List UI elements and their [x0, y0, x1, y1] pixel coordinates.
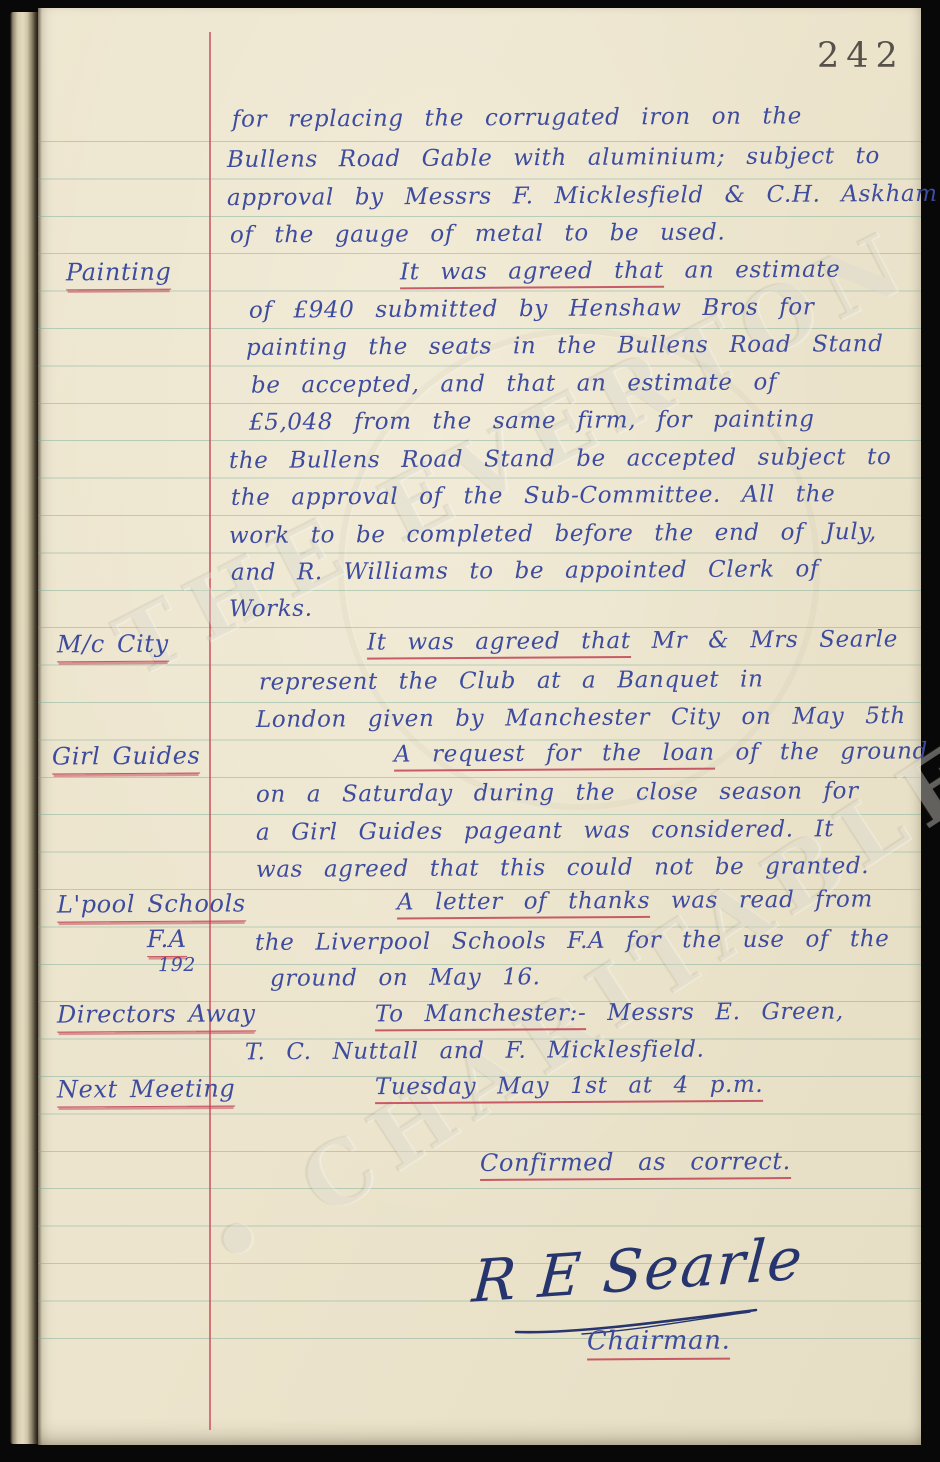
margin-note-192: 192	[158, 954, 196, 976]
margin-note-fa: F.A	[147, 925, 187, 953]
minute-line: It was agreed that an estimate	[400, 257, 841, 286]
minute-line: It was agreed that Mr & Mrs Searle	[367, 626, 898, 655]
minute-line: ground on May 16.	[270, 964, 541, 992]
minute-line: £5,048 from the same firm, for painting	[249, 406, 815, 435]
minute-line: painting the seats in the Bullens Road S…	[246, 331, 884, 361]
minute-line: on a Saturday during the close season fo…	[256, 778, 859, 808]
minute-line: for replacing the corrugated iron on the	[232, 103, 802, 132]
minute-line: London given by Manchester City on May 5…	[256, 703, 906, 733]
minute-line: was agreed that this could not be grante…	[256, 853, 869, 883]
minute-line: Works.	[229, 596, 313, 623]
margin-note-directors-away: Directors Away	[57, 999, 256, 1028]
book-binding-edge	[10, 12, 38, 1444]
minute-line: approval by Messrs F. Micklesfield & C.H…	[227, 181, 938, 211]
minute-line: be accepted, and that an estimate of	[251, 369, 777, 398]
ledger-page: THE EVERTON COLLECTION • CHARITABLE TRUS…	[38, 8, 921, 1445]
minute-line: A letter of thanks was read from	[397, 887, 873, 916]
margin-note-next-meeting: Next Meeting	[57, 1074, 236, 1103]
minute-line: represent the Club at a Banquet in	[259, 666, 764, 695]
minute-line: T. C. Nuttall and F. Micklesfield.	[245, 1037, 705, 1066]
minute-line: the Bullens Road Stand be accepted subje…	[229, 444, 892, 474]
minute-line: of the gauge of metal to be used.	[230, 219, 726, 248]
margin-note-mc-city: M/c City	[57, 630, 169, 659]
page-number-stamp: 242	[817, 36, 905, 76]
minute-line: the approval of the Sub-Committee. All t…	[231, 481, 835, 511]
minute-line: A request for the loan of the ground	[394, 738, 928, 767]
margin-note-painting: Painting	[66, 258, 172, 287]
minute-line: work to be completed before the end of J…	[229, 519, 877, 549]
minute-line: To Manchester:- Messrs E. Green,	[375, 999, 844, 1028]
chairman-title: Chairman.	[587, 1326, 731, 1357]
minute-line: of £940 submitted by Henshaw Bros for	[249, 294, 815, 323]
minute-line: Bullens Road Gable with aluminium; subje…	[227, 143, 880, 173]
minute-line: and R. Williams to be appointed Clerk of	[231, 556, 819, 586]
margin-note-girl-guides: Girl Guides	[52, 742, 201, 771]
minute-line: a Girl Guides pageant was considered. It	[256, 816, 834, 846]
minute-line: Tuesday May 1st at 4 p.m.	[375, 1072, 763, 1100]
margin-note-lpool-schools: L'pool Schools	[57, 889, 246, 918]
confirmed-as-correct: Confirmed as correct.	[480, 1147, 791, 1177]
minute-line: the Liverpool Schools F.A for the use of…	[255, 926, 890, 956]
